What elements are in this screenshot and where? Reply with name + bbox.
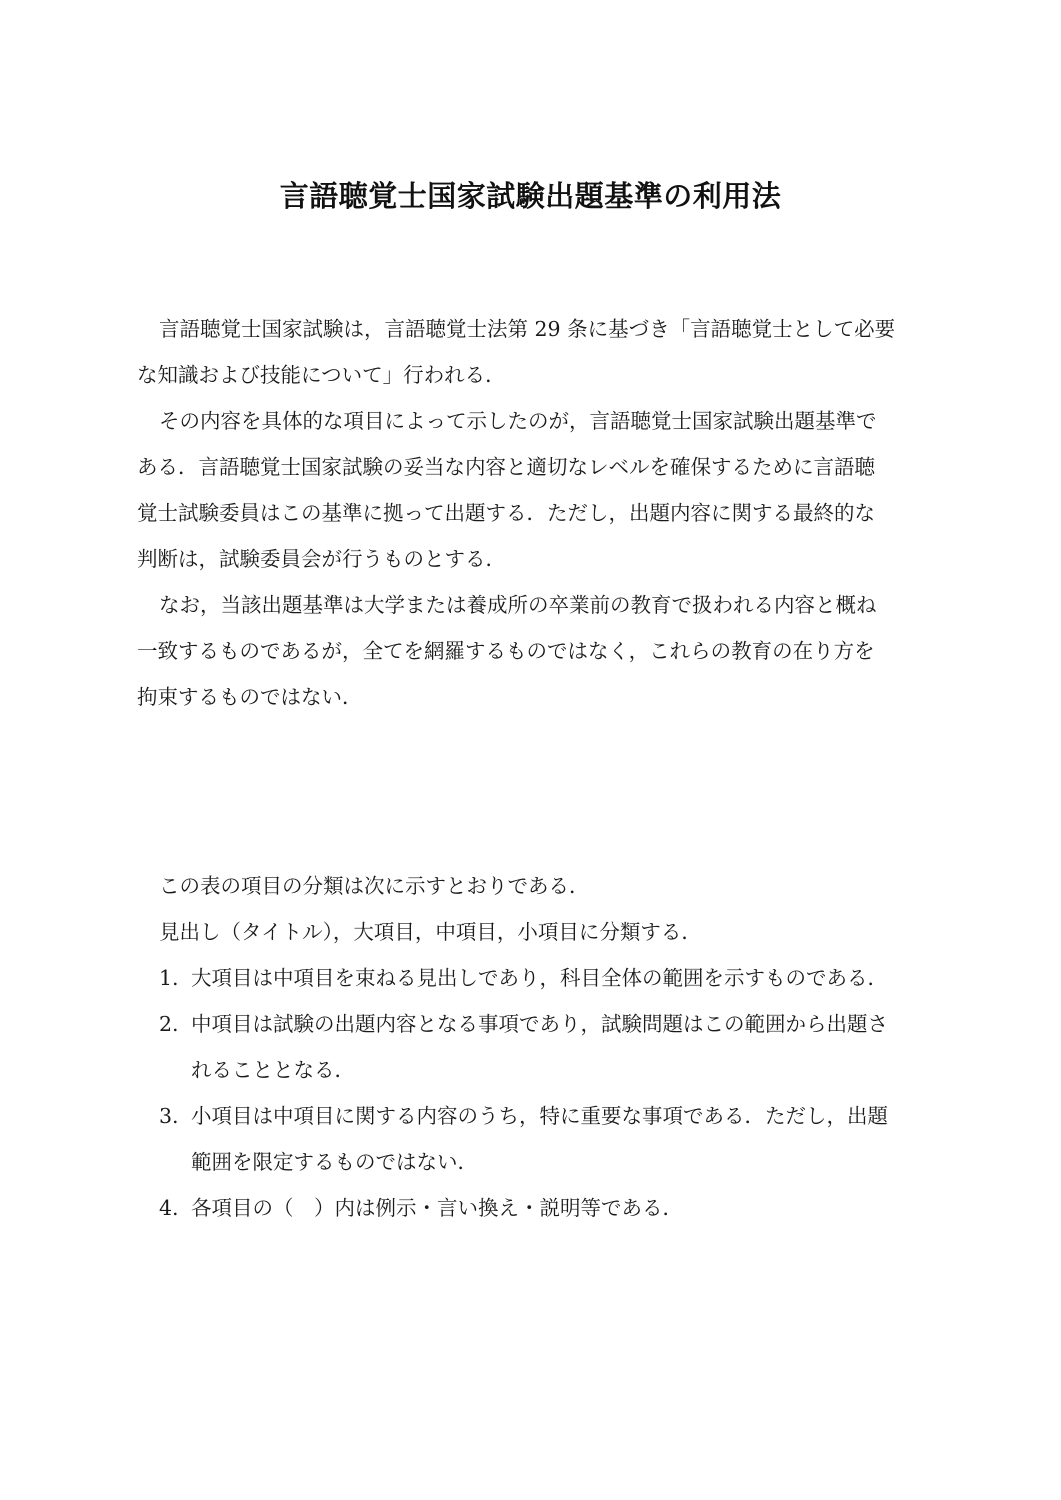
document-page: 言語聴覚士国家試験出題基準の利用法 言語聴覚士国家試験は，言語聴覚士法第 29 …: [0, 0, 1061, 1500]
intro-paragraph-2: その内容を具体的な項目によって示したのが，言語聴覚士国家試験出題基準で ある．言…: [137, 398, 937, 582]
list-item: 2. 中項目は試験の出題内容となる事項であり，試験問題はこの範囲から出題さ れる…: [137, 1001, 937, 1093]
list-number: 4.: [159, 1185, 179, 1231]
intro-paragraph-3: なお，当該出題基準は大学または養成所の卒業前の教育で扱われる内容と概ね 一致する…: [137, 582, 937, 720]
list-number: 3.: [159, 1093, 179, 1139]
text-line: 見出し（タイトル），大項目，中項目，小項目に分類する．: [137, 909, 937, 955]
text-line: 言語聴覚士国家試験は，言語聴覚士法第 29 条に基づき「言語聴覚士として必要: [137, 306, 937, 352]
intro-paragraph-1: 言語聴覚士国家試験は，言語聴覚士法第 29 条に基づき「言語聴覚士として必要 な…: [137, 306, 937, 398]
text-line: 中項目は試験の出題内容となる事項であり，試験問題はこの範囲から出題さ: [191, 1001, 937, 1047]
page-title: 言語聴覚士国家試験出題基準の利用法: [0, 174, 1061, 215]
list-item: 1. 大項目は中項目を束ねる見出しであり，科目全体の範囲を示すものである．: [137, 955, 937, 1001]
text-line: 小項目は中項目に関する内容のうち，特に重要な事項である．ただし，出題: [191, 1093, 937, 1139]
text-line: 各項目の（ ）内は例示・言い換え・説明等である．: [191, 1185, 937, 1231]
intro-section: 言語聴覚士国家試験は，言語聴覚士法第 29 条に基づき「言語聴覚士として必要 な…: [137, 306, 937, 720]
text-line: 覚士試験委員はこの基準に拠って出題する．ただし，出題内容に関する最終的な: [137, 490, 937, 536]
text-line: 拘束するものではない．: [137, 674, 937, 720]
text-line: この表の項目の分類は次に示すとおりである．: [137, 863, 937, 909]
classification-section: この表の項目の分類は次に示すとおりである． 見出し（タイトル），大項目，中項目，…: [137, 863, 937, 1231]
list-number: 2.: [159, 1001, 179, 1047]
list-number: 1.: [159, 955, 179, 1001]
text-line: なお，当該出題基準は大学または養成所の卒業前の教育で扱われる内容と概ね: [137, 582, 937, 628]
list-item: 3. 小項目は中項目に関する内容のうち，特に重要な事項である．ただし，出題 範囲…: [137, 1093, 937, 1185]
text-line: ある．言語聴覚士国家試験の妥当な内容と適切なレベルを確保するために言語聴: [137, 444, 937, 490]
text-line: 大項目は中項目を束ねる見出しであり，科目全体の範囲を示すものである．: [191, 955, 937, 1001]
text-line: な知識および技能について」行われる．: [137, 352, 937, 398]
classification-list: 1. 大項目は中項目を束ねる見出しであり，科目全体の範囲を示すものである． 2.…: [137, 955, 937, 1231]
text-line: 一致するものであるが，全てを網羅するものではなく，これらの教育の在り方を: [137, 628, 937, 674]
classification-lead: この表の項目の分類は次に示すとおりである． 見出し（タイトル），大項目，中項目，…: [137, 863, 937, 955]
text-line: 判断は，試験委員会が行うものとする．: [137, 536, 937, 582]
text-line: れることとなる．: [191, 1047, 937, 1093]
text-line: 範囲を限定するものではない．: [191, 1139, 937, 1185]
list-item: 4. 各項目の（ ）内は例示・言い換え・説明等である．: [137, 1185, 937, 1231]
text-line: その内容を具体的な項目によって示したのが，言語聴覚士国家試験出題基準で: [137, 398, 937, 444]
